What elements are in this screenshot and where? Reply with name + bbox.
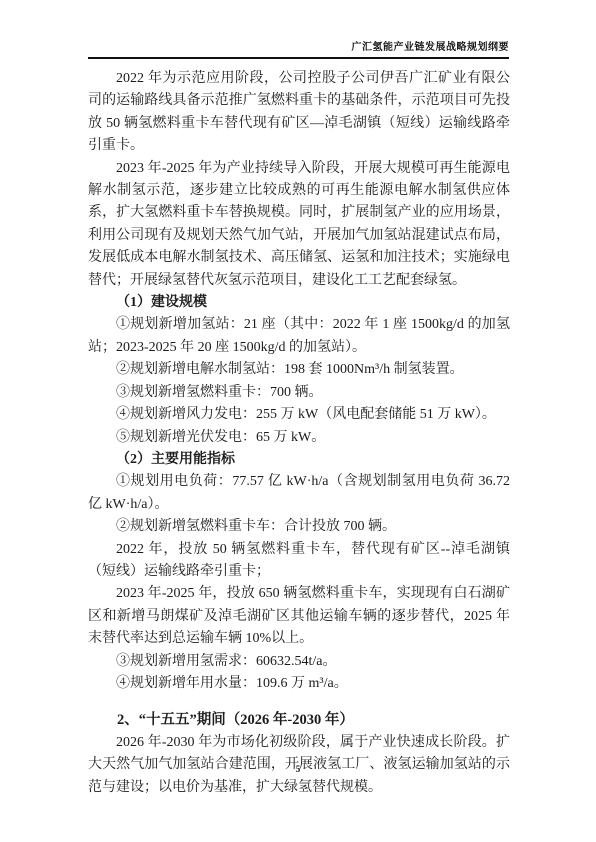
heading-15th-five-year-period: 2、“十五五”期间（2026 年-2030 年） [88,709,510,731]
para-2022-demo-stage: 2022 年为示范应用阶段，公司控股子公司伊吾广汇矿业有限公司的运输路线具备示范… [88,68,510,158]
para-2023-2025-truck-deployment: 2023 年-2025 年，投放 650 辆氢燃料重卡车，实现现有白石湖矿区和新… [88,583,510,650]
para-2023-2025-stage: 2023 年-2025 年为产业持续导入阶段，开展大规模可再生能源电解水制氢示范… [88,158,510,292]
heading-build-scale: （1）建设规模 [88,292,510,314]
document-page: 广汇氢能产业链发展战略规划纲要 2022 年为示范应用阶段，公司控股子公司伊吾广… [0,0,596,842]
item-truck-deployment-total: ②规划新增氢燃料重卡车：合计投放 700 辆。 [88,516,510,538]
item-water-usage: ④规划新增年用水量：109.6 万 m³/a。 [88,673,510,695]
page-header-title: 广汇氢能产业链发展战略规划纲要 [88,38,509,59]
heading-energy-indicators: （2）主要用能指标 [88,449,510,471]
item-new-wind-power: ④规划新增风力发电：255 万 kW（风电配套储能 51 万 kW）。 [88,404,510,426]
para-2022-truck-deployment: 2022 年，投放 50 辆氢燃料重卡车，替代现有矿区--淖毛湖镇（短线）运输线… [88,539,510,584]
item-new-fuel-cell-trucks: ③规划新增氢燃料重卡：700 辆。 [88,382,510,404]
item-new-solar-power: ⑤规划新增光伏发电：65 万 kW。 [88,427,510,449]
document-body: 2022 年为示范应用阶段，公司控股子公司伊吾广汇矿业有限公司的运输路线具备示范… [88,68,510,799]
page-number: 5 [0,764,596,774]
item-new-hydrogen-stations: ①规划新增加氢站：21 座（其中：2022 年 1 座 1500kg/d 的加氢… [88,314,510,359]
item-power-load: ①规划用电负荷：77.57 亿 kW·h/a（含规划制氢用电负荷 36.72 亿… [88,471,510,516]
item-hydrogen-demand: ③规划新增用氢需求：60632.54t/a。 [88,651,510,673]
item-new-electrolysis-stations: ②规划新增电解水制氢站：198 套 1000Nm³/h 制氢装置。 [88,359,510,381]
